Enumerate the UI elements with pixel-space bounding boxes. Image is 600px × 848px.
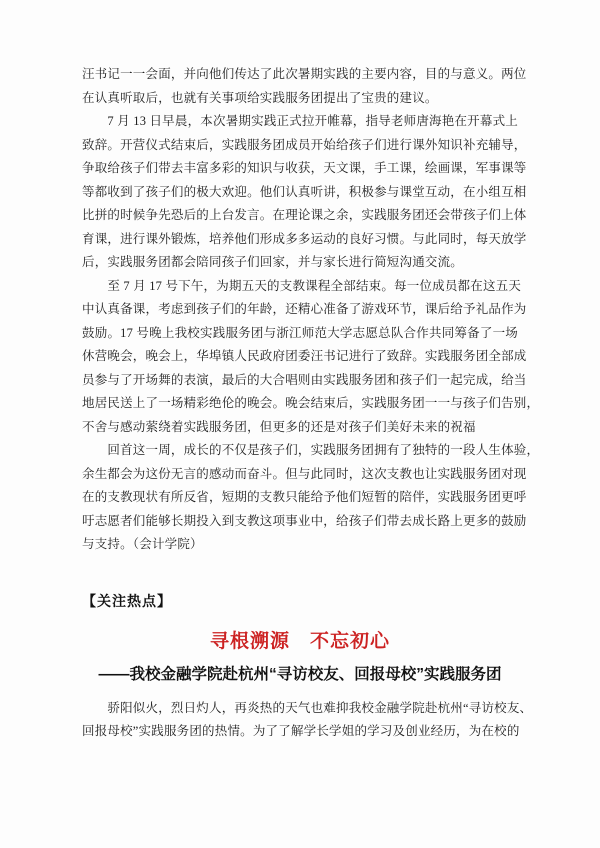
document-page: 汪书记一一会面，并向他们传达了此次暑期实践的主要内容，目的与意义。两位在认真听取… (0, 0, 600, 848)
section-marker: 【关注热点】 (82, 593, 518, 613)
article-paragraph-1: 骄阳似火，烈日灼人，再炎热的天气也难抑我校金融学院赴杭州“寻访校友、回报母校”实… (82, 697, 518, 744)
body-paragraph-1: 汪书记一一会面，并向他们传达了此次暑期实践的主要内容，目的与意义。两位在认真听取… (82, 63, 518, 110)
body-paragraph-2: 7 月 13 日早晨，本次暑期实践正式拉开帷幕，指导老师唐海艳在开幕式上致辞。开… (82, 110, 518, 275)
body-paragraph-4: 回首这一周，成长的不仅是孩子们，实践服务团拥有了独特的一段人生体验，余生都会为这… (82, 439, 518, 557)
body-paragraph-3: 至 7 月 17 号下午，为期五天的支教课程全部结束。每一位成员都在这五天中认真… (82, 275, 518, 440)
document-content: 汪书记一一会面，并向他们传达了此次暑期实践的主要内容，目的与意义。两位在认真听取… (82, 63, 518, 744)
article-title: 寻根溯源 不忘初心 (82, 629, 518, 655)
article-subtitle: ——我校金融学院赴杭州“寻访校友、回报母校”实践服务团 (82, 664, 518, 686)
